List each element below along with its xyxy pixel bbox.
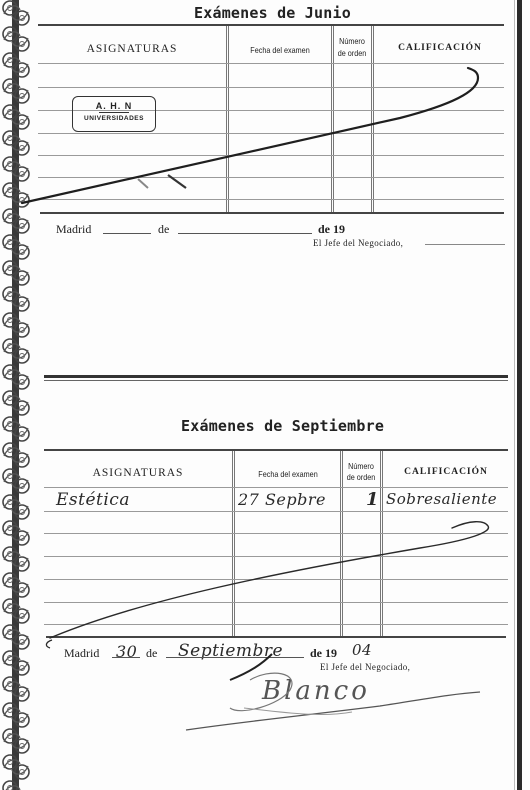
- september-header-order-number-1: Número: [346, 461, 377, 471]
- june-table-bottom-rule: [40, 212, 504, 214]
- september-row-line: [44, 487, 508, 488]
- june-footer-day-blank: [103, 233, 151, 234]
- september-header-order-number-2: de orden: [346, 472, 377, 482]
- june-row-line: [38, 133, 504, 134]
- september-header-subjects: ASIGNATURAS: [44, 467, 232, 479]
- june-header-order-number-1: Número: [337, 36, 368, 46]
- september-row-1-date: 27 Sepbre: [238, 490, 326, 509]
- september-footer-day: 30: [116, 642, 137, 661]
- june-footer-city: Madrid: [56, 222, 91, 237]
- september-footer-year-suffix: 04: [352, 641, 372, 659]
- september-row-1-order: 1: [366, 489, 379, 510]
- page-right-edge: [514, 0, 522, 790]
- section-separator-thin: [44, 380, 508, 381]
- june-header-subjects: ASIGNATURAS: [38, 43, 226, 55]
- september-row-line: [44, 556, 508, 557]
- september-row-line: [44, 624, 508, 625]
- june-header-exam-date: Fecha del examen: [238, 45, 323, 55]
- september-footer-month: Septiembre: [178, 641, 283, 661]
- june-footer-signatory: El Jefe del Negociado,: [313, 238, 403, 248]
- june-row-line: [38, 155, 504, 156]
- september-header-exam-date: Fecha del examen: [244, 469, 332, 479]
- september-col-divider-1: [232, 451, 235, 637]
- june-table-top-rule: [38, 24, 504, 26]
- june-footer-de-1: de: [158, 222, 169, 237]
- stamp-divider: [99, 112, 129, 113]
- september-footer-de-1: de: [146, 646, 157, 661]
- september-signature: Blanco: [262, 676, 370, 706]
- june-col-divider-1: [226, 26, 229, 212]
- september-row-1-subject: Estética: [56, 490, 130, 510]
- september-section-title: Exámenes de Septiembre: [181, 417, 384, 435]
- september-row-line: [44, 579, 508, 580]
- june-col-divider-2: [331, 26, 334, 212]
- june-col-divider-3: [371, 26, 374, 212]
- june-footer-month-blank: [178, 233, 312, 234]
- september-footer-day-blank: [112, 657, 140, 658]
- ornamental-border: [0, 0, 34, 790]
- june-row-line: [38, 63, 504, 64]
- document-page: Exámenes de Junio ASIGNATURAS Fecha del …: [0, 0, 530, 790]
- june-header-grade: CALIFICACIÓN: [376, 43, 504, 53]
- section-separator: [44, 375, 508, 378]
- september-footer-month-blank: [166, 657, 304, 658]
- september-footer-signatory: El Jefe del Negociado,: [320, 662, 410, 672]
- september-col-divider-3: [380, 451, 383, 637]
- june-row-line: [38, 199, 504, 200]
- september-row-line: [44, 533, 508, 534]
- june-header-order-number-2: de orden: [337, 48, 368, 58]
- september-col-divider-2: [340, 451, 343, 637]
- june-row-line: [38, 177, 504, 178]
- september-row-line: [44, 602, 508, 603]
- september-footer-city: Madrid: [64, 646, 99, 661]
- september-table-bottom-rule: [46, 636, 506, 638]
- ahn-archive-stamp: A. H. N UNIVERSIDADES: [72, 96, 156, 132]
- september-row-1-grade: Sobresaliente: [386, 490, 497, 508]
- stamp-line-2: UNIVERSIDADES: [73, 115, 155, 122]
- september-table-top-rule: [44, 449, 508, 451]
- stamp-line-1: A. H. N: [73, 101, 155, 111]
- september-row-line: [44, 511, 508, 512]
- september-footer-year-prefix: de 19: [310, 646, 337, 661]
- september-header-grade: CALIFICACIÓN: [385, 467, 507, 477]
- june-row-line: [38, 87, 504, 88]
- june-footer-year-prefix: de 19: [318, 222, 345, 237]
- june-signature-blank: [425, 244, 505, 245]
- june-section-title: Exámenes de Junio: [194, 4, 351, 22]
